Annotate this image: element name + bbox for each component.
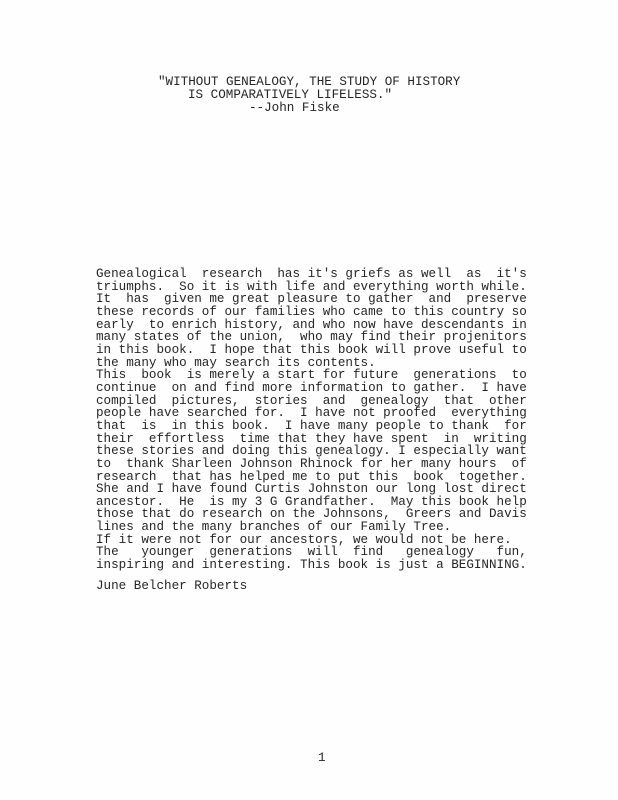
page-number: 1 <box>318 752 326 765</box>
foreword-body-text: Genealogical research has it's griefs as… <box>96 268 527 572</box>
epigraph-quote-line-1: "WITHOUT GENEALOGY, THE STUDY OF HISTORY <box>158 76 460 89</box>
scanned-document-page: "WITHOUT GENEALOGY, THE STUDY OF HISTORY… <box>0 0 618 800</box>
epigraph-quote-line-2: IS COMPARATIVELY LIFELESS." <box>188 89 392 102</box>
epigraph-attribution: --John Fiske <box>249 102 340 115</box>
author-signature: June Belcher Roberts <box>96 580 247 593</box>
